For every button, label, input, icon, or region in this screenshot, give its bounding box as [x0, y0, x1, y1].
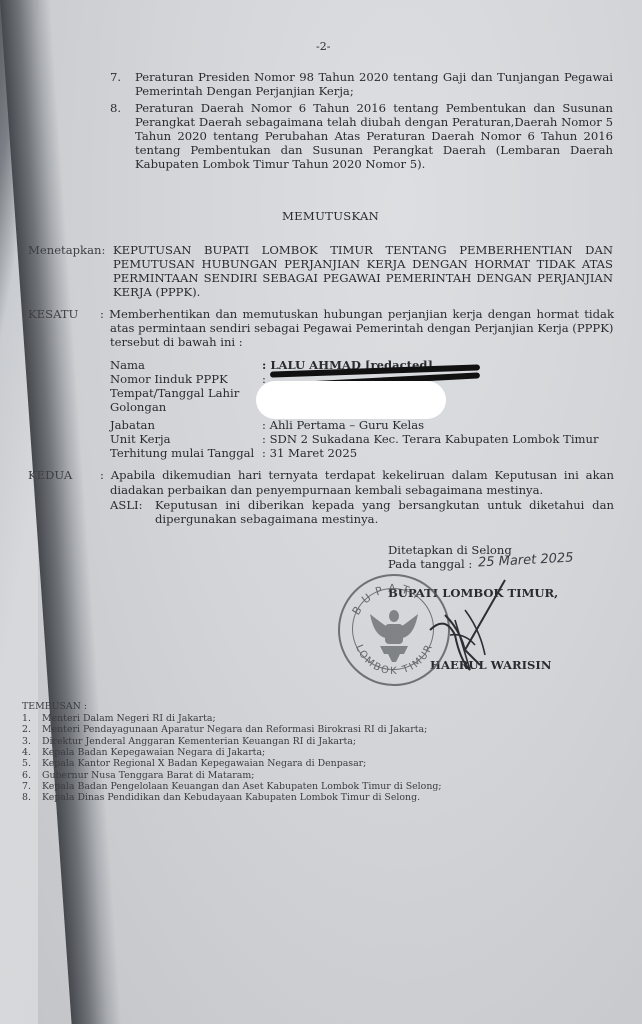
menetapkan-line: PERMINTAAN SENDIRI SEBAGAI PEGAWAI PEMER…: [113, 271, 613, 285]
field-label-golongan: Golongan: [110, 400, 166, 414]
tembusan-item-number: 2.: [22, 725, 31, 736]
tembusan-item: Menteri Dalam Negeri RI di Jakarta;: [42, 714, 216, 725]
consideration-line: Perangkat Daerah sebagaimana telah diuba…: [135, 115, 613, 129]
field-value-jabatan: : Ahli Pertama – Guru Kelas: [262, 418, 424, 432]
kesatu-line: tersebut di bawah ini :: [110, 335, 243, 349]
tembusan-item-number: 3.: [22, 737, 31, 748]
consideration-line: Pemerintah Dengan Perjanjian Kerja;: [135, 84, 354, 98]
kedua-line: : Apabila dikemudian hari ternyata terda…: [100, 468, 614, 482]
menetapkan-label: Menetapkan:: [28, 243, 105, 257]
tembusan-item: Kepala Kantor Regional X Badan Kepegawai…: [42, 759, 366, 770]
tembusan-heading: TEMBUSAN :: [22, 702, 87, 713]
menetapkan-line: KERJA (PPPK).: [113, 285, 200, 299]
kedua-label: KEDUA: [28, 468, 72, 482]
kesatu-line: atas permintaan sendiri sebagai Pegawai …: [110, 321, 613, 335]
asli-label: ASLI:: [110, 498, 143, 512]
tembusan-item: Gubernur Nusa Tenggara Barat di Mataram;: [42, 771, 254, 782]
redaction-white-blob: [256, 381, 446, 419]
field-label-unit-kerja: Unit Kerja: [110, 432, 171, 446]
menetapkan-line: KEPUTUSAN BUPATI LOMBOK TIMUR TENTANG PE…: [113, 243, 613, 257]
menetapkan-line: PEMUTUSAN HUBUNGAN PERJANJIAN KERJA DENG…: [113, 257, 613, 271]
tembusan-item-number: 7.: [22, 782, 31, 793]
consideration-line: Kabupaten Lombok Timur Tahun 2020 Nomor …: [135, 157, 425, 171]
kedua-line: diadakan perbaikan dan penyempurnaan kem…: [110, 483, 543, 497]
asli-line: Keputusan ini diberikan kepada yang bers…: [155, 498, 614, 512]
consideration-line: Peraturan Presiden Nomor 98 Tahun 2020 t…: [135, 70, 613, 84]
tembusan-item-number: 6.: [22, 771, 31, 782]
field-label-tmt: Terhitung mulai Tanggal: [110, 446, 254, 460]
field-value-unit-kerja: : SDN 2 Sukadana Kec. Terara Kabupaten L…: [262, 432, 599, 446]
item-number: 7.: [110, 70, 130, 84]
tembusan-item-number: 8.: [22, 793, 31, 804]
kesatu-line: : Memberhentikan dan memutuskan hubungan…: [100, 307, 614, 321]
tembusan-item: Kepala Badan Kepegawaian Negara di Jakar…: [42, 748, 265, 759]
consideration-line: Tahun 2020 tentang Perubahan Atas Peratu…: [135, 129, 613, 143]
tembusan-item: Kepala Dinas Pendidikan dan Kebudayaan K…: [42, 793, 420, 804]
tembusan-item-number: 4.: [22, 748, 31, 759]
tembusan-item: Kepala Badan Pengelolaan Keuangan dan As…: [42, 782, 442, 793]
kesatu-label: KESATU: [28, 307, 78, 321]
tembusan-item-number: 5.: [22, 759, 31, 770]
field-label-jabatan: Jabatan: [110, 418, 155, 432]
consideration-line: Peraturan Daerah Nomor 6 Tahun 2016 tent…: [135, 101, 613, 115]
field-label-ttl: Tempat/Tanggal Lahir: [110, 386, 239, 400]
item-number: 8.: [110, 101, 130, 115]
tembusan-item: Direktur Jenderal Anggaran Kementerian K…: [42, 737, 356, 748]
page-number: -2-: [316, 40, 330, 54]
field-label-nama: Nama: [110, 358, 145, 372]
asli-line: dipergunakan sebagaimana mestinya.: [155, 512, 378, 526]
consideration-line: tentang Pembentukan dan Susunan Perangka…: [135, 143, 613, 157]
field-label-nip: Nomor Iinduk PPPK: [110, 372, 228, 386]
decision-heading: MEMUTUSKAN: [282, 209, 379, 223]
tembusan-item-number: 1.: [22, 714, 31, 725]
tembusan-item: Menteri Pendayagunaan Aparatur Negara da…: [42, 725, 427, 736]
signature-date-label: Pada tanggal :: [388, 557, 472, 571]
field-value-tmt: : 31 Maret 2025: [262, 446, 357, 460]
